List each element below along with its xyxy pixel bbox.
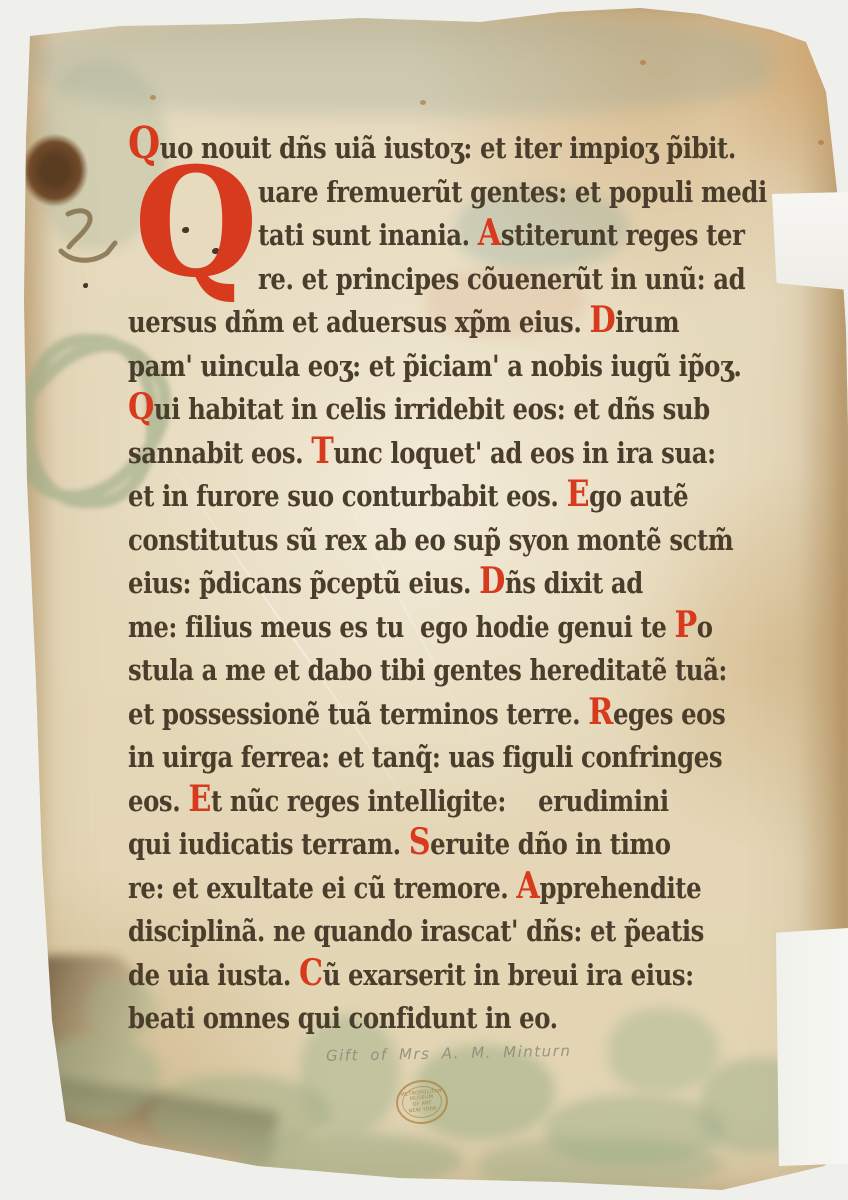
rubric-initial: D — [479, 560, 505, 602]
text-segment: eruite dño in timo — [430, 827, 670, 861]
rubric-initial: E — [188, 778, 211, 820]
rubric-initial: Q — [128, 386, 154, 428]
manuscript-line: stula a me et dabo tibi gentes hereditat… — [128, 655, 727, 687]
text-segment: go autẽ — [589, 479, 688, 513]
manuscript-line: pam' uincula eoʒ: et p̃iciam' a nobis iu… — [128, 351, 741, 383]
manuscript-line: Quo nouit dñs uiã iustoʒ: et iter impioʒ… — [128, 133, 736, 165]
rubric-initial: S — [409, 821, 430, 863]
text-segment: me: filius meus es tu ego hodie genui te — [128, 610, 674, 644]
text-segment: eius: p̃dicans p̃ceptũ eius. — [128, 566, 479, 600]
rubric-initial: D — [589, 299, 615, 341]
text-segment: disciplinã. ne quando irascat' dñs: et p… — [128, 914, 704, 948]
text-segment: et in furore suo conturbabit eos. — [128, 479, 566, 513]
text-segment: pprehendite — [539, 871, 701, 905]
tape-bottom-right — [776, 928, 848, 1166]
text-segment: re. et principes cõuenerũt in unũ: ad — [258, 262, 745, 296]
manuscript-line: sannabit eos. Tunc loquet' ad eos in ira… — [128, 438, 716, 470]
text-segment: t nũc reges intelligite: erudimini — [211, 784, 669, 818]
rubric-initial: P — [674, 604, 696, 646]
manuscript-line: disciplinã. ne quando irascat' dñs: et p… — [128, 916, 704, 948]
text-segment: de uia iusta. — [128, 958, 299, 992]
text-segment: eges eos — [613, 697, 725, 731]
rubric-initial: E — [566, 473, 589, 515]
text-segment: o — [697, 610, 713, 644]
text-segment: ui habitat in celis irridebit eos: et dñ… — [154, 392, 710, 426]
manuscript-line: me: filius meus es tu ego hodie genui te… — [128, 612, 713, 644]
text-segment: uersus dñm et aduersus xp̃m eius. — [128, 305, 589, 339]
manuscript-line: uersus dñm et aduersus xp̃m eius. Dirum — [128, 307, 679, 339]
manuscript-line: de uia iusta. Cũ exarserit in breui ira … — [128, 960, 694, 992]
text-segment: pam' uincula eoʒ: et p̃iciam' a nobis iu… — [128, 349, 741, 383]
rubric-initial: A — [516, 865, 539, 907]
text-segment: beati omnes qui confidunt in eo. — [128, 1001, 558, 1035]
text-segment: in uirga ferrea: et tanq̃: uas figuli co… — [128, 740, 722, 774]
text-segment: uo nouit dñs uiã iustoʒ: et iter impioʒ … — [160, 131, 736, 165]
text-segment: unc loquet' ad eos in ira sua: — [333, 436, 715, 470]
tape-top-right — [772, 192, 848, 290]
manuscript-line: et in furore suo conturbabit eos. Ego au… — [128, 481, 688, 513]
manuscript-line: beati omnes qui confidunt in eo. — [128, 1003, 558, 1035]
text-segment: ñs dixit ad — [505, 566, 643, 600]
text-segment: stiterunt reges ter — [501, 218, 745, 252]
text-segment: tati sunt inania. — [258, 218, 478, 252]
photo-background: { "page": { "background_color": "#eff0eb… — [0, 0, 848, 1200]
manuscript-line: eius: p̃dicans p̃ceptũ eius. Dñs dixit a… — [128, 568, 643, 600]
manuscript-line: Qui habitat in celis irridebit eos: et d… — [128, 394, 710, 426]
manuscript-line: uare fremuerũt gentes: et populi medi — [258, 177, 767, 209]
text-segment: irum — [615, 305, 679, 339]
manuscript-line: re. et principes cõuenerũt in unũ: ad — [258, 264, 745, 296]
manuscript-line: in uirga ferrea: et tanq̃: uas figuli co… — [128, 742, 722, 774]
rubric-initial: Q — [128, 118, 160, 169]
rubric-initial: R — [588, 691, 613, 733]
text-segment: uare fremuerũt gentes: et populi medi — [258, 175, 767, 209]
text-segment: eos. — [128, 784, 188, 818]
manuscript-line: tati sunt inania. Astiterunt reges ter — [258, 220, 744, 252]
manuscript-leaf: Q Quo nouit dñs uiã iustoʒ: et iter impi… — [0, 0, 848, 1200]
manuscript-line: qui iudicatis terram. Seruite dño in tim… — [128, 829, 671, 861]
text-segment: re: et exultate ei cũ tremore. — [128, 871, 516, 905]
manuscript-line: re: et exultate ei cũ tremore. Apprehend… — [128, 873, 701, 905]
rubric-initial: A — [478, 212, 501, 254]
text-segment: sannabit eos. — [128, 436, 311, 470]
rubric-initial: C — [299, 952, 323, 994]
manuscript-line: et possessionẽ tuã terminos terre. Reges… — [128, 699, 725, 731]
manuscript-line: constitutus sũ rex ab eo sup̃ syon montẽ… — [128, 525, 733, 557]
manuscript-line: eos. Et nũc reges intelligite: erudimini — [128, 786, 669, 818]
rubric-initial: T — [311, 430, 333, 472]
text-segment: constitutus sũ rex ab eo sup̃ syon montẽ… — [128, 523, 733, 557]
text-block: Quo nouit dñs uiã iustoʒ: et iter impioʒ… — [0, 0, 848, 1200]
text-segment: stula a me et dabo tibi gentes hereditat… — [128, 653, 727, 687]
text-segment: et possessionẽ tuã terminos terre. — [128, 697, 588, 731]
text-segment: qui iudicatis terram. — [128, 827, 409, 861]
text-segment: ũ exarserit in breui ira eius: — [323, 958, 694, 992]
